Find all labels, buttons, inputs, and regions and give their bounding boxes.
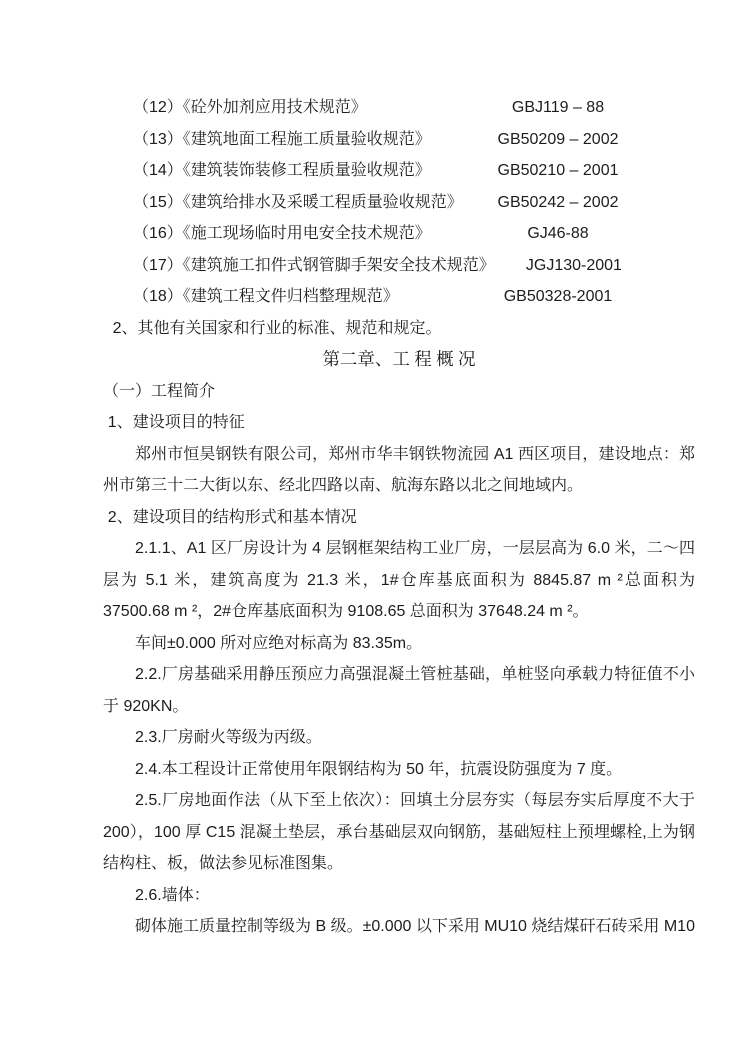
regulation-code: GB50209 – 2002	[463, 124, 653, 156]
paragraph-2-2: 2.2.厂房基础采用静压预应力高强混凝土管桩基础，单桩竖向承载力特征值不小于 9…	[103, 659, 695, 722]
item-1-heading: 1、建设项目的特征	[103, 407, 695, 439]
section-1-heading: （一）工程简介	[103, 376, 695, 408]
paragraph-2-4: 2.4.本工程设计正常使用年限钢结构为 50 年，抗震设防强度为 7 度。	[103, 754, 695, 786]
paragraph-2-3: 2.3.厂房耐火等级为丙级。	[103, 722, 695, 754]
document-content: （12）《砼外加剂应用技术规范》 GBJ119 – 88 （13）《建筑地面工程…	[103, 92, 695, 943]
paragraph-workshop-level: 车间±0.000 所对应绝对标高为 83.35m。	[103, 628, 695, 660]
document-page: （12）《砼外加剂应用技术规范》 GBJ119 – 88 （13）《建筑地面工程…	[0, 0, 744, 1052]
paragraph-project-intro: 郑州市恒昊钢铁有限公司，郑州市华丰钢铁物流园 A1 西区项目，建设地点：郑州市第…	[103, 439, 695, 502]
chapter-title: 第二章、工 程 概 况	[103, 344, 695, 376]
regulation-code: GJ46-88	[463, 218, 653, 250]
regulation-label: （16）《施工现场临时用电安全技术规范》	[103, 218, 431, 250]
regulation-item-13: （13）《建筑地面工程施工质量验收规范》 GB50209 – 2002	[103, 124, 695, 156]
regulation-item-15: （15）《建筑给排水及采暖工程质量验收规范》 GB50242 – 2002	[103, 187, 695, 219]
regulation-item-12: （12）《砼外加剂应用技术规范》 GBJ119 – 88	[103, 92, 695, 124]
regulation-item-18: （18）《建筑工程文件归档整理规范》 GB50328-2001	[103, 281, 695, 313]
paragraph-2-5: 2.5.厂房地面作法（从下至上依次）：回填土分层夯实（每层夯实后厚度不大于 20…	[103, 785, 695, 880]
regulation-code: JGJ130-2001	[495, 250, 653, 282]
regulation-code: GB50242 – 2002	[463, 187, 653, 219]
item-2-heading: 2、建设项目的结构形式和基本情况	[103, 502, 695, 534]
paragraph-2-1-1: 2.1.1、A1 区厂房设计为 4 层钢框架结构工业厂房，一层层高为 6.0 米…	[103, 533, 695, 628]
regulation-item-14: （14）《建筑装饰装修工程质量验收规范》 GB50210 – 2001	[103, 155, 695, 187]
regulation-label: （14）《建筑装饰装修工程质量验收规范》	[103, 155, 431, 187]
paragraph-masonry: 砌体施工质量控制等级为 B 级。±0.000 以下采用 MU10 烧结煤矸石砖采…	[103, 911, 695, 943]
regulation-label: （13）《建筑地面工程施工质量验收规范》	[103, 124, 431, 156]
regulation-code: GB50328-2001	[463, 281, 653, 313]
regulation-label: （12）《砼外加剂应用技术规范》	[103, 92, 367, 124]
regulation-code: GBJ119 – 88	[463, 92, 653, 124]
regulation-label: （17）《建筑施工扣件式钢管脚手架安全技术规范》	[103, 250, 495, 282]
other-standards-note: 2、其他有关国家和行业的标准、规范和规定。	[103, 313, 695, 345]
regulation-item-17: （17）《建筑施工扣件式钢管脚手架安全技术规范》 JGJ130-2001	[103, 250, 695, 282]
regulation-item-16: （16）《施工现场临时用电安全技术规范》 GJ46-88	[103, 218, 695, 250]
regulation-label: （15）《建筑给排水及采暖工程质量验收规范》	[103, 187, 463, 219]
regulation-code: GB50210 – 2001	[463, 155, 653, 187]
paragraph-2-6-wall: 2.6.墙体：	[103, 880, 695, 912]
regulation-label: （18）《建筑工程文件归档整理规范》	[103, 281, 399, 313]
